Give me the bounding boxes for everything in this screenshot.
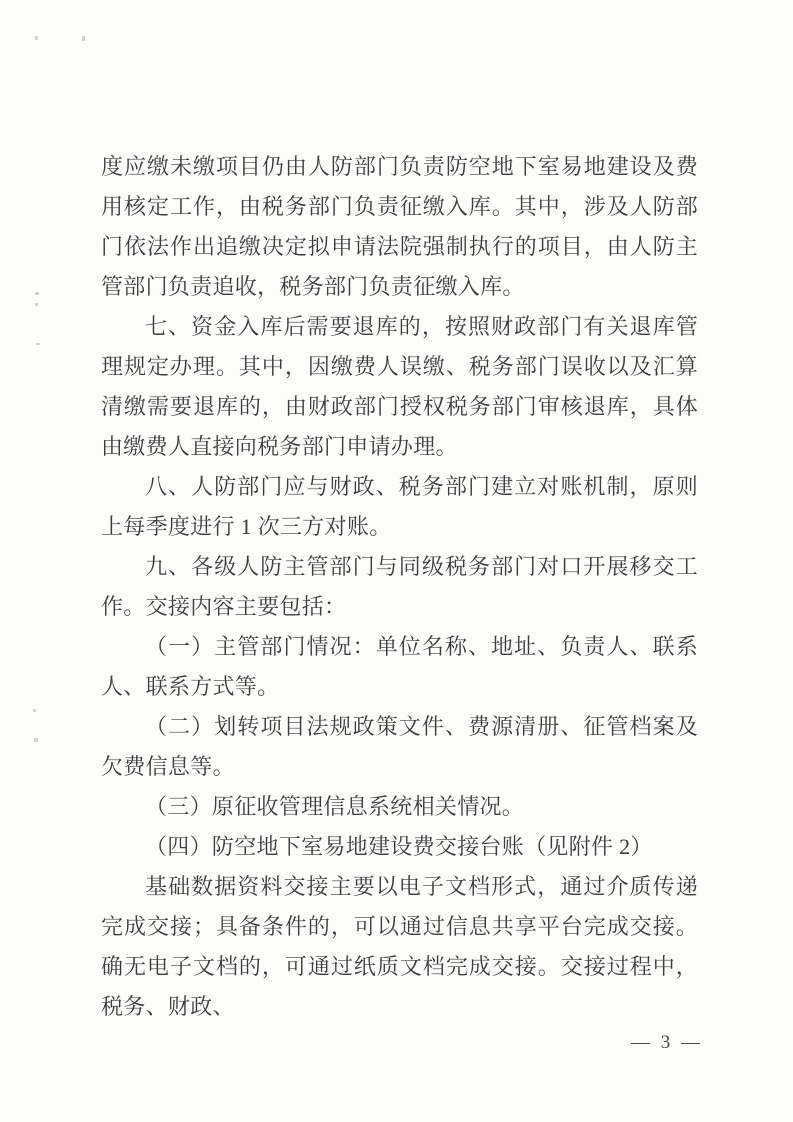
page-number: — 3 — (631, 1032, 703, 1054)
paragraph: 七、资金入库后需要退库的，按照财政部门有关退库管理规定办理。其中，因缴费人误缴、… (101, 307, 698, 467)
paragraph: （三）原征收管理信息系统相关情况。 (101, 787, 698, 827)
document-body: 度应缴未缴项目仍由人防部门负责防空地下室易地建设及费用核定工作，由税务部门负责征… (101, 147, 698, 1027)
paragraph: （二）划转项目法规政策文件、费源清册、征管档案及欠费信息等。 (101, 707, 698, 787)
paragraph: （一）主管部门情况：单位名称、地址、负责人、联系人、联系方式等。 (101, 627, 698, 707)
document-page: 度应缴未缴项目仍由人防部门负责防空地下室易地建设及费用核定工作，由税务部门负责征… (0, 0, 793, 1122)
scan-speck (35, 36, 38, 40)
paragraph: （四）防空地下室易地建设费交接台账（见附件 2） (101, 827, 698, 867)
scan-speck (36, 343, 40, 345)
scan-speck (34, 738, 38, 742)
scan-speck (35, 292, 39, 295)
scan-speck (33, 709, 36, 712)
scan-speck (82, 36, 85, 41)
paragraph: 九、各级人防主管部门与同级税务部门对口开展移交工作。交接内容主要包括： (101, 547, 698, 627)
paragraph: 基础数据资料交接主要以电子文档形式，通过介质传递完成交接；具备条件的，可以通过信… (101, 867, 698, 1027)
scan-speck (35, 303, 38, 306)
paragraph: 八、人防部门应与财政、税务部门建立对账机制，原则上每季度进行 1 次三方对账。 (101, 467, 698, 547)
paragraph: 度应缴未缴项目仍由人防部门负责防空地下室易地建设及费用核定工作，由税务部门负责征… (101, 147, 698, 307)
